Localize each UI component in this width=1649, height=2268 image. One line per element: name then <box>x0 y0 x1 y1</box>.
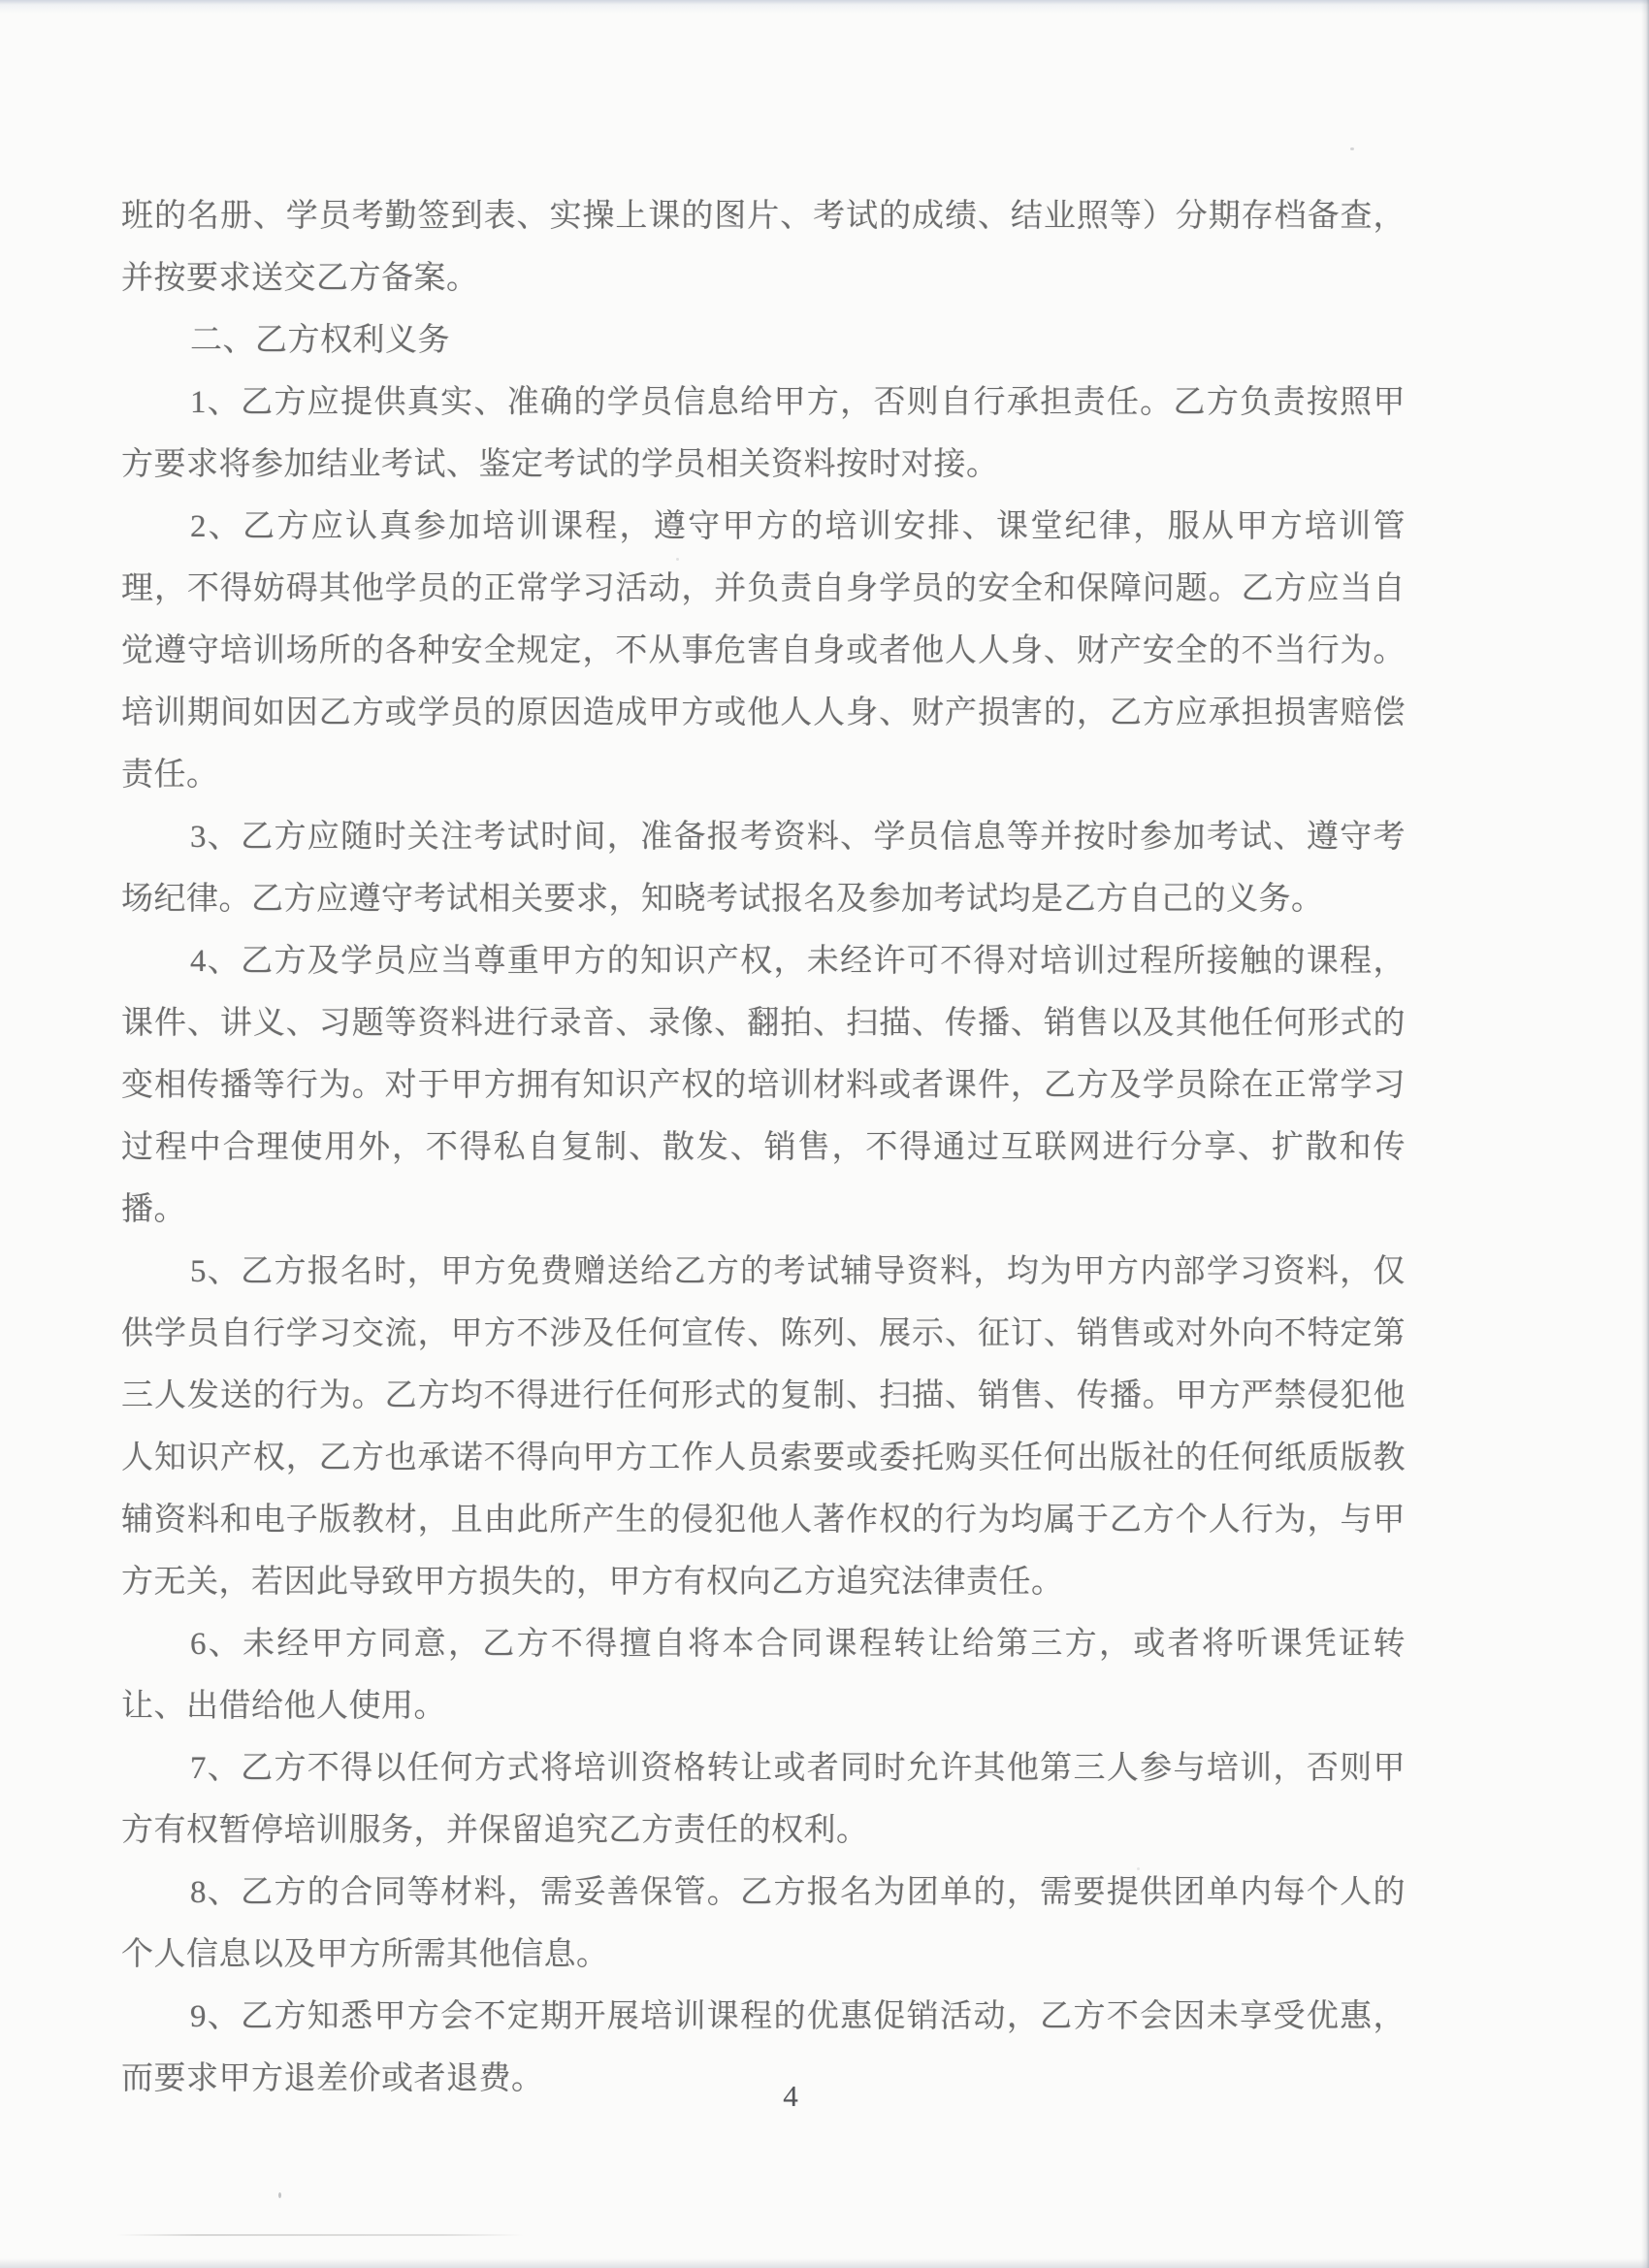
scan-edge-right <box>1641 0 1649 2268</box>
scan-speck <box>1350 147 1354 150</box>
scan-edge-top <box>0 0 1649 14</box>
contract-paragraph: 7、乙方不得以任何方式将培训资格转让或者同时允许其他第三人参与培训，否则甲方有权… <box>121 1737 1406 1862</box>
scan-edge-bottom <box>0 2258 1649 2268</box>
scan-speck <box>278 2192 281 2198</box>
page-number: 4 <box>757 2074 824 2119</box>
scanned-contract-page: 班的名册、学员考勤签到表、实操上课的图片、考试的成绩、结业照等）分期存档备查，并… <box>0 0 1649 2268</box>
contract-paragraph: 二、乙方权利义务 <box>121 309 1406 372</box>
contract-paragraph: 1、乙方应提供真实、准确的学员信息给甲方，否则自行承担责任。乙方负责按照甲方要求… <box>121 372 1406 496</box>
paper-fold-line <box>116 2234 524 2236</box>
contract-paragraph: 8、乙方的合同等材料，需妥善保管。乙方报名为团单的，需要提供团单内每个人的个人信… <box>121 1862 1406 1986</box>
contract-paragraph: 2、乙方应认真参加培训课程，遵守甲方的培训安排、课堂纪律，服从甲方培训管理，不得… <box>121 496 1406 806</box>
contract-paragraph: 4、乙方及学员应当尊重甲方的知识产权，未经许可不得对培训过程所接触的课程，课件、… <box>121 930 1406 1241</box>
contract-paragraph: 6、未经甲方同意，乙方不得擅自将本合同课程转让给第三方，或者将听课凭证转让、出借… <box>121 1613 1406 1737</box>
contract-paragraph: 班的名册、学员考勤签到表、实操上课的图片、考试的成绩、结业照等）分期存档备查，并… <box>121 185 1406 309</box>
contract-body-text: 班的名册、学员考勤签到表、实操上课的图片、考试的成绩、结业照等）分期存档备查，并… <box>121 185 1406 2110</box>
contract-paragraph: 3、乙方应随时关注考试时间，准备报考资料、学员信息等并按时参加考试、遵守考场纪律… <box>121 806 1406 930</box>
contract-paragraph: 5、乙方报名时，甲方免费赠送给乙方的考试辅导资料，均为甲方内部学习资料，仅供学员… <box>121 1241 1406 1613</box>
